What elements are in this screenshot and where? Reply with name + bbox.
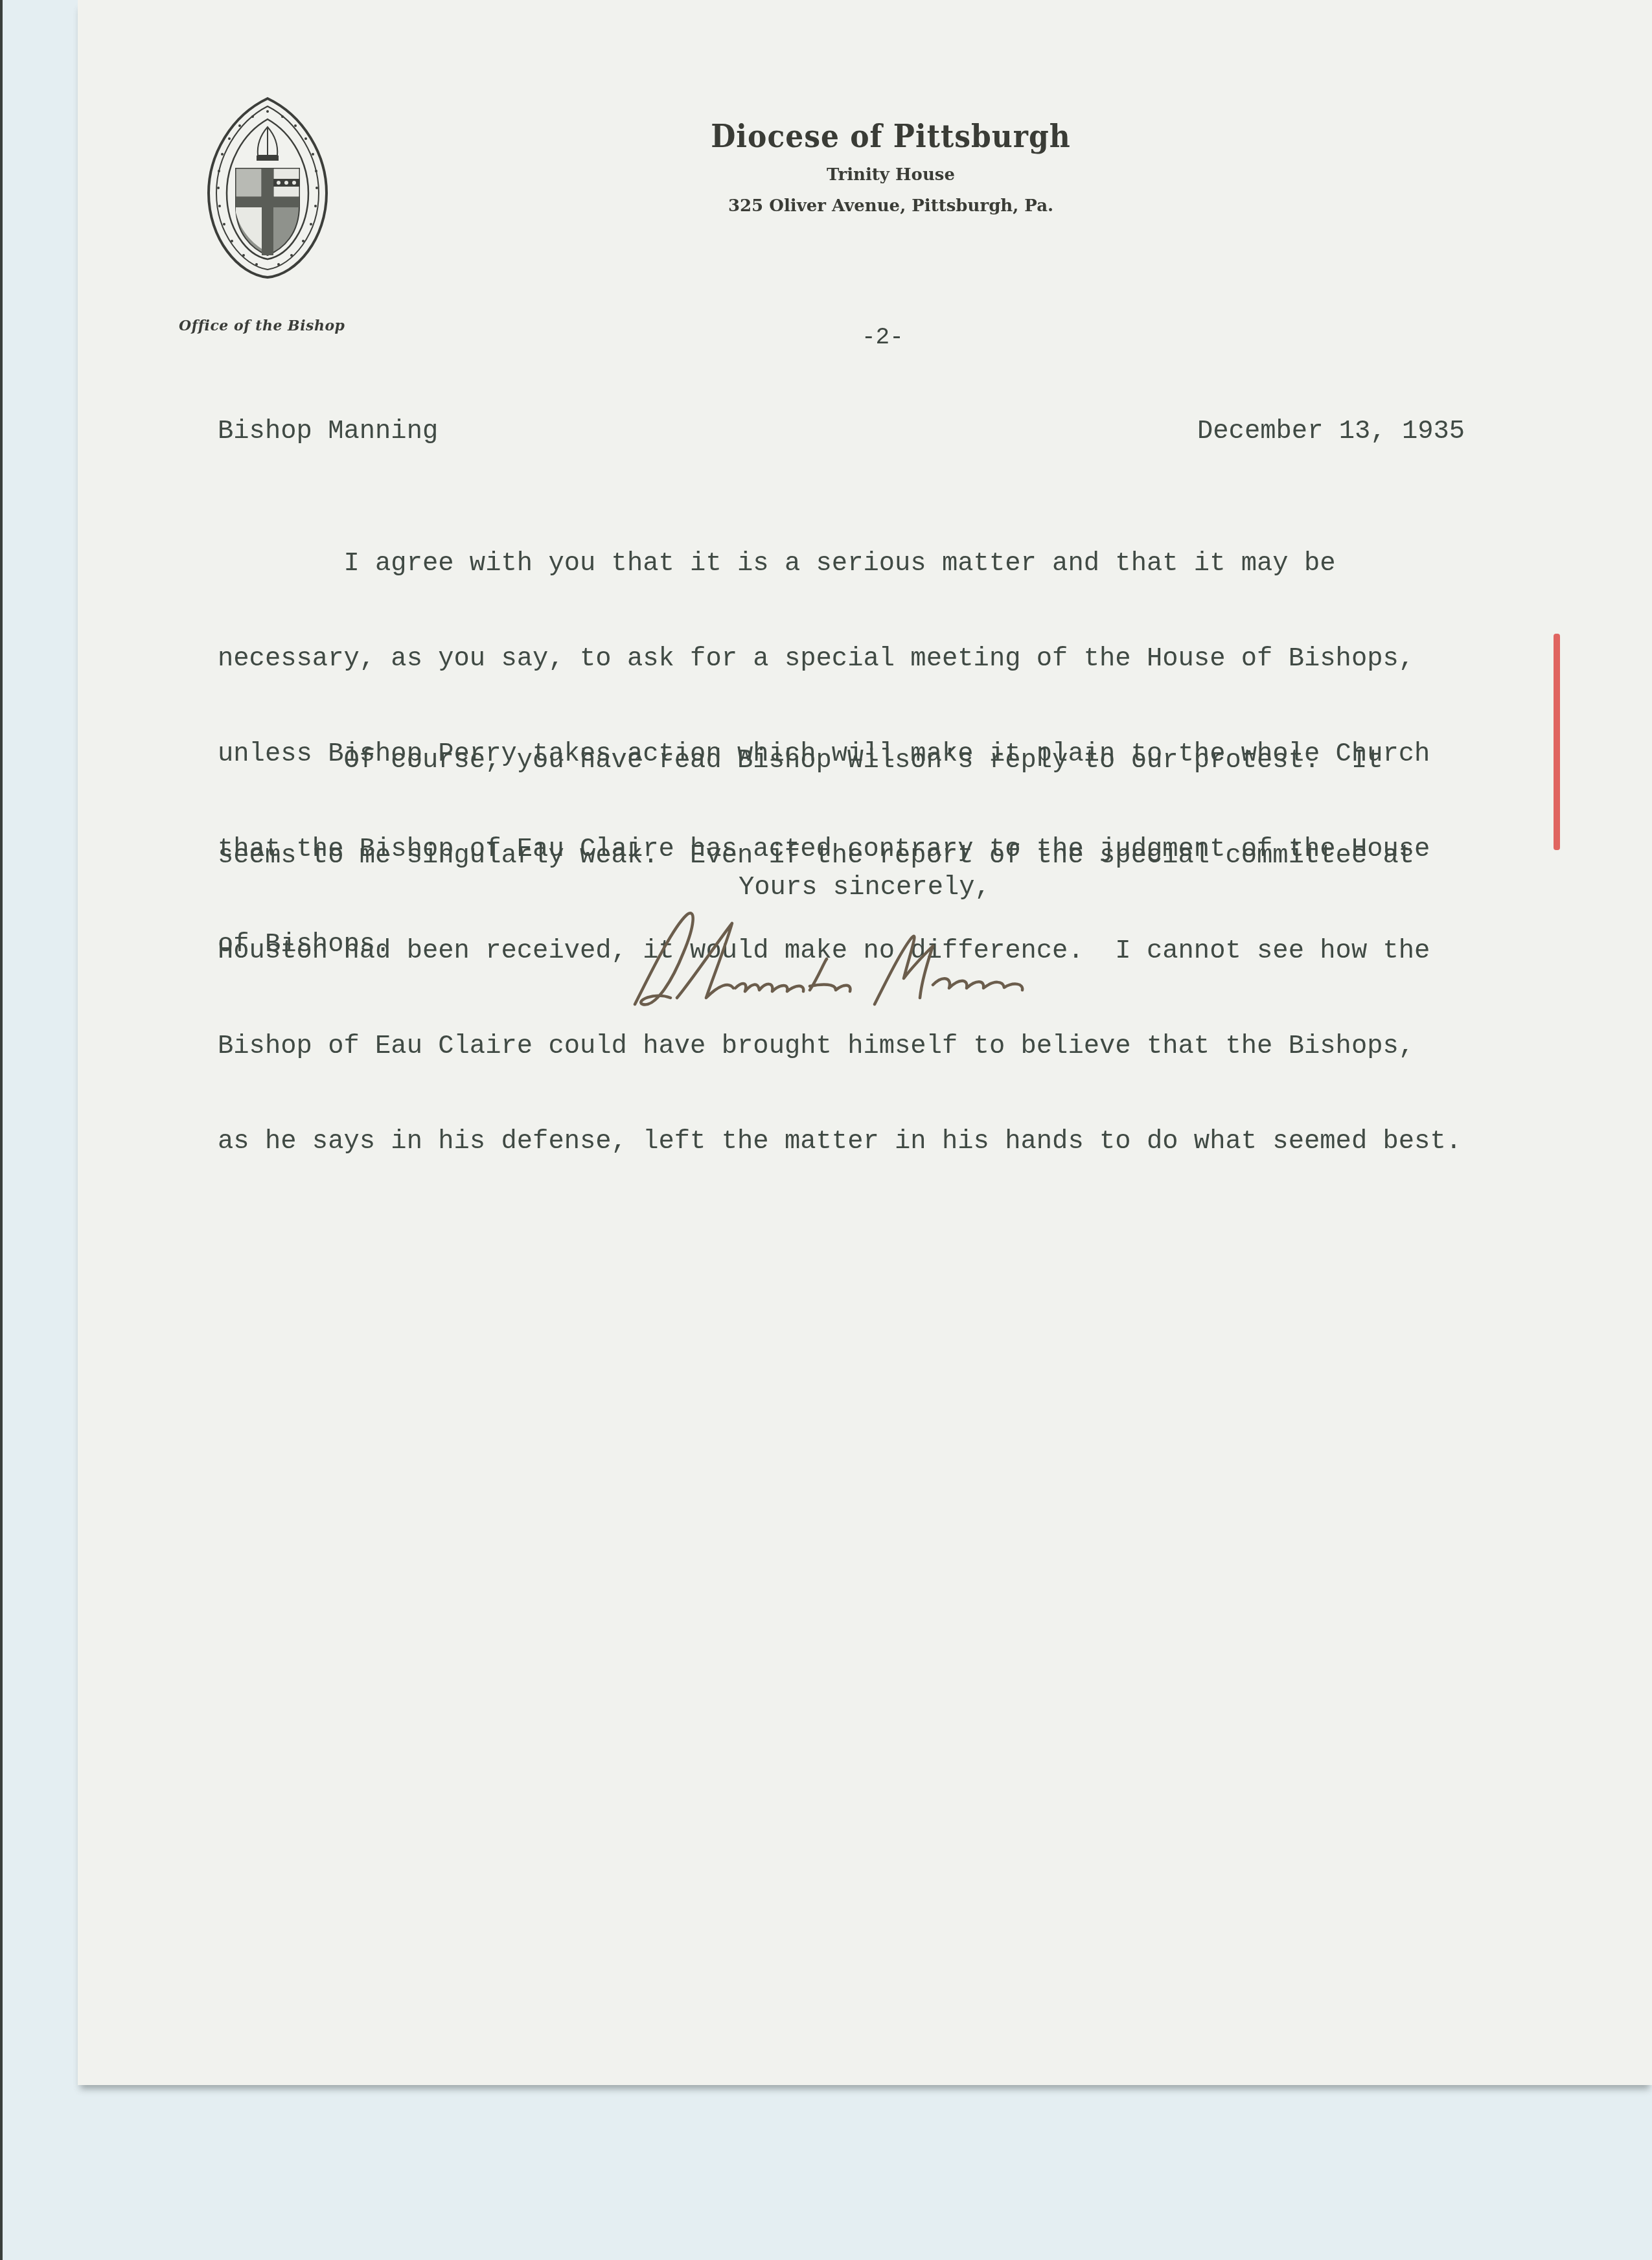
- paragraph-line: Bishop of Eau Claire could have brought …: [218, 1031, 1462, 1063]
- closing-line: Yours sincerely,: [739, 872, 991, 904]
- recipient-line: Bishop Manning: [218, 416, 438, 448]
- scanner-edge: [0, 0, 3, 2260]
- office-of-the-bishop-label: Office of the Bishop: [179, 317, 373, 334]
- page-number: -2-: [862, 324, 904, 351]
- letter-date: December 13, 1935: [1197, 416, 1465, 448]
- letterhead: Diocese of Pittsburgh Trinity House 325 …: [648, 118, 1134, 219]
- handwritten-signature: [615, 901, 1393, 1017]
- paragraph-line: Of course, you have read Bishop Wilson's…: [218, 745, 1462, 777]
- paragraph-line: I agree with you that it is a serious ma…: [218, 548, 1430, 580]
- building-name: Trinity House: [648, 162, 1134, 188]
- paragraph-line: as he says in his defense, left the matt…: [218, 1126, 1462, 1158]
- paragraph-line: necessary, as you say, to ask for a spec…: [218, 643, 1430, 675]
- street-address: 325 Oliver Avenue, Pittsburgh, Pa.: [648, 193, 1134, 219]
- red-pencil-margin-mark: [1554, 634, 1560, 850]
- diocesan-seal-icon: [206, 96, 329, 280]
- organization-name: Diocese of Pittsburgh: [648, 116, 1134, 159]
- paragraph-line: seems to me singularly weak. Even if the…: [218, 840, 1462, 872]
